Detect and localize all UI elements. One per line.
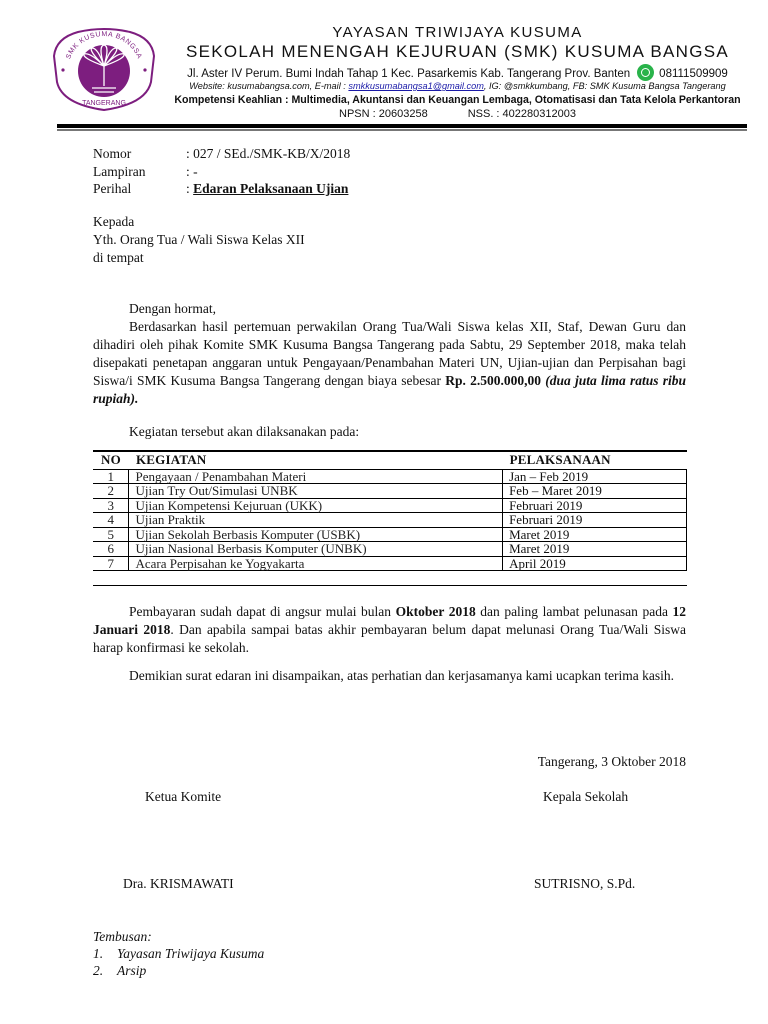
paragraph-1: Berdasarkan hasil pertemuan perwakilan O… bbox=[93, 318, 686, 408]
row-pelaksanaan: Maret 2019 bbox=[503, 527, 687, 542]
perihal-value-line: : Edaran Pelaksanaan Ujian bbox=[186, 180, 348, 198]
header-pelaksanaan: PELAKSANAAN bbox=[503, 451, 687, 469]
row-pelaksanaan: April 2019 bbox=[503, 556, 687, 571]
whatsapp-icon bbox=[637, 64, 654, 81]
table-row: 3Ujian Kompetensi Kejuruan (UKK)Februari… bbox=[93, 498, 687, 513]
school-address: Jl. Aster IV Perum. Bumi Indah Tahap 1 K… bbox=[165, 64, 750, 81]
nomor-label: Nomor bbox=[93, 145, 131, 163]
place-date: Tangerang, 3 Oktober 2018 bbox=[538, 754, 686, 770]
phone-number: 08111509909 bbox=[659, 68, 728, 80]
svg-text:TANGERANG: TANGERANG bbox=[82, 100, 126, 107]
left-signer-title: Ketua Komite bbox=[145, 789, 221, 805]
row-kegiatan: Ujian Sekolah Berbasis Komputer (USBK) bbox=[129, 527, 503, 542]
perihal-label: Perihal bbox=[93, 180, 131, 198]
registration-numbers: NPSN : 20603258NSS. : 402280312003 bbox=[165, 108, 750, 120]
cc-item-number: 2. bbox=[93, 962, 117, 979]
row-no: 3 bbox=[93, 498, 129, 513]
address-text: Jl. Aster IV Perum. Bumi Indah Tahap 1 K… bbox=[187, 68, 630, 80]
p2-text-a: Pembayaran sudah dapat di angsur mulai b… bbox=[129, 604, 396, 619]
row-no: 4 bbox=[93, 513, 129, 528]
row-pelaksanaan: Jan – Feb 2019 bbox=[503, 469, 687, 484]
p2-start-month: Oktober 2018 bbox=[396, 604, 476, 619]
paragraph-2: Pembayaran sudah dapat di angsur mulai b… bbox=[93, 603, 686, 657]
contact-line: Website: kusumabangsa.com, E-mail : smkk… bbox=[165, 81, 750, 91]
npsn: NPSN : 20603258 bbox=[339, 108, 428, 120]
table-row: 1Pengayaan / Penambahan MateriJan – Feb … bbox=[93, 469, 687, 484]
school-name: SEKOLAH MENENGAH KEJURUAN (SMK) KUSUMA B… bbox=[165, 42, 750, 62]
perihal-value: Edaran Pelaksanaan Ujian bbox=[193, 181, 348, 196]
left-signer-name: Dra. KRISMAWATI bbox=[123, 876, 234, 892]
recipient-name: Yth. Orang Tua / Wali Siswa Kelas XII bbox=[93, 231, 305, 249]
row-kegiatan: Ujian Kompetensi Kejuruan (UKK) bbox=[129, 498, 503, 513]
cc-item-text: Yayasan Triwijaya Kusuma bbox=[117, 946, 264, 961]
table-row: 4Ujian PraktikFebruari 2019 bbox=[93, 513, 687, 528]
paragraph-3: Demikian surat edaran ini disampaikan, a… bbox=[93, 667, 686, 685]
table-bottom-rule bbox=[93, 585, 687, 586]
row-kegiatan: Ujian Nasional Berbasis Komputer (UNBK) bbox=[129, 542, 503, 557]
row-no: 1 bbox=[93, 469, 129, 484]
table-row: 2Ujian Try Out/Simulasi UNBKFeb – Maret … bbox=[93, 484, 687, 499]
letterhead-divider-thin bbox=[57, 129, 747, 131]
right-signer-name: SUTRISNO, S.Pd. bbox=[534, 876, 635, 892]
cc-item: 2.Arsip bbox=[93, 962, 146, 979]
row-kegiatan: Ujian Try Out/Simulasi UNBK bbox=[129, 484, 503, 499]
competency-line: Kompetensi Keahlian : Multimedia, Akunta… bbox=[165, 94, 750, 106]
row-kegiatan: Pengayaan / Penambahan Materi bbox=[129, 469, 503, 484]
row-no: 2 bbox=[93, 484, 129, 499]
right-signer-title: Kepala Sekolah bbox=[543, 789, 628, 805]
row-pelaksanaan: Februari 2019 bbox=[503, 513, 687, 528]
letterhead-divider bbox=[57, 124, 747, 128]
row-pelaksanaan: Februari 2019 bbox=[503, 498, 687, 513]
table-row: 6Ujian Nasional Berbasis Komputer (UNBK)… bbox=[93, 542, 687, 557]
lampiran-label: Lampiran bbox=[93, 163, 145, 181]
header-no: NO bbox=[93, 451, 129, 469]
row-no: 6 bbox=[93, 542, 129, 557]
schedule-table: NO KEGIATAN PELAKSANAAN 1Pengayaan / Pen… bbox=[93, 450, 687, 571]
email-link[interactable]: smkkusumabangsa1@gmail.com bbox=[348, 81, 483, 91]
p2-text-c: dan paling lambat pelunasan pada bbox=[476, 604, 673, 619]
nomor-value: : 027 / SEd./SMK-KB/X/2018 bbox=[186, 145, 350, 163]
website-text: Website: kusumabangsa.com, E-mail : bbox=[189, 81, 348, 91]
table-row: 5Ujian Sekolah Berbasis Komputer (USBK)M… bbox=[93, 527, 687, 542]
cc-item: 1.Yayasan Triwijaya Kusuma bbox=[93, 945, 264, 962]
recipient-kepada: Kepada bbox=[93, 213, 134, 231]
cc-item-number: 1. bbox=[93, 945, 117, 962]
cc-item-text: Arsip bbox=[117, 963, 146, 978]
table-header-row: NO KEGIATAN PELAKSANAAN bbox=[93, 451, 687, 469]
school-emblem-icon: SMK KUSUMA BANGSA TANGERANG bbox=[48, 26, 160, 112]
greeting: Dengan hormat, bbox=[129, 300, 216, 318]
row-pelaksanaan: Feb – Maret 2019 bbox=[503, 484, 687, 499]
table-row: 7Acara Perpisahan ke YogyakartaApril 201… bbox=[93, 556, 687, 571]
table-intro: Kegiatan tersebut akan dilaksanakan pada… bbox=[129, 423, 359, 441]
foundation-name: YAYASAN TRIWIJAYA KUSUMA bbox=[165, 24, 750, 41]
row-no: 5 bbox=[93, 527, 129, 542]
lampiran-value: : - bbox=[186, 163, 198, 181]
header-kegiatan: KEGIATAN bbox=[129, 451, 503, 469]
p3-text: Demikian surat edaran ini disampaikan, a… bbox=[129, 668, 674, 683]
row-pelaksanaan: Maret 2019 bbox=[503, 542, 687, 557]
p2-text-e: . Dan apabila sampai batas akhir pembaya… bbox=[93, 622, 686, 655]
row-no: 7 bbox=[93, 556, 129, 571]
row-kegiatan: Ujian Praktik bbox=[129, 513, 503, 528]
recipient-place: di tempat bbox=[93, 249, 144, 267]
row-kegiatan: Acara Perpisahan ke Yogyakarta bbox=[129, 556, 503, 571]
social-text: , IG: @smkkumbang, FB: SMK Kusuma Bangsa… bbox=[484, 81, 726, 91]
p1-amount: Rp. 2.500.000,00 bbox=[445, 373, 541, 388]
cc-title: Tembusan: bbox=[93, 928, 152, 945]
nss: NSS. : 402280312003 bbox=[468, 108, 576, 120]
